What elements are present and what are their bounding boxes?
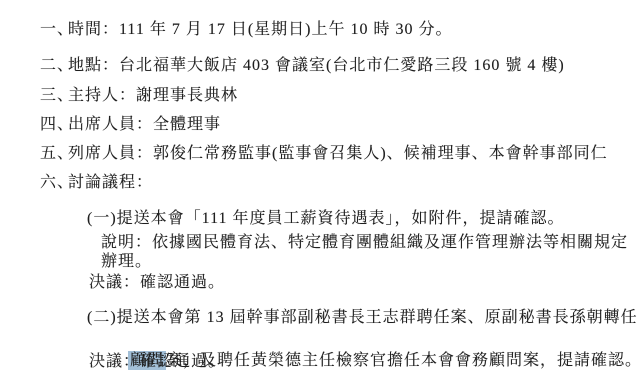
attendees-line: 四、 出席人員：全體理事 bbox=[40, 115, 640, 135]
meeting-location-line: 二、 地點：台北福華大飯店 403 會議室(台北市仁愛路三段 160 號 4 樓… bbox=[40, 56, 640, 76]
observers-text: 列席人員：郭俊仁常務監事(監事會召集人)、候補理事、本會幹事部同仁 bbox=[68, 144, 608, 164]
observers-line: 五、 列席人員：郭俊仁常務監事(監事會召集人)、候補理事、本會幹事部同仁 bbox=[40, 144, 640, 164]
meeting-chair-line: 三、 主持人：謝理事長典林 bbox=[40, 86, 640, 106]
agenda-item1-explanation-line: 說明：依據國民體育法、特定體育團體組織及運作管理辦法等相關規定 bbox=[101, 233, 628, 253]
attendees-text: 出席人員：全體理事 bbox=[68, 115, 221, 135]
meeting-chair-text: 主持人：謝理事長典林 bbox=[68, 86, 238, 106]
document-page: 一、 時間：111 年 7 月 17 日(星期日)上午 10 時 30 分。 二… bbox=[0, 0, 640, 385]
agenda-heading-text: 討論議程： bbox=[68, 173, 153, 193]
agenda-item1-proposal-line: (一)提送本會「111 年度員工薪資待遇表」，如附件，提請確認。 bbox=[87, 209, 564, 229]
agenda-item2-resolution-line: 決議：確認通過。 bbox=[89, 352, 225, 372]
agenda-item1-explanation-cont-line: 辦理。 bbox=[101, 252, 152, 272]
agenda-item2-continuation-text: 案，及聘任黃榮德主任檢察官擔任本會會務顧問案，提請確認。 bbox=[166, 352, 640, 369]
meeting-location-text: 地點：台北福華大飯店 403 會議室(台北市仁愛路三段 160 號 4 樓) bbox=[68, 56, 565, 76]
agenda-heading-line: 六、 討論議程： bbox=[40, 173, 640, 193]
agenda-item1-resolution-line: 決議：確認通過。 bbox=[89, 273, 225, 293]
meeting-time-line: 一、 時間：111 年 7 月 17 日(星期日)上午 10 時 30 分。 bbox=[40, 20, 640, 40]
agenda-item2-proposal-line: (二)提送本會第 13 屆幹事部副秘書長王志群聘任案、原副秘書長孫朝轉任 bbox=[87, 308, 638, 328]
meeting-time-text: 時間：111 年 7 月 17 日(星期日)上午 10 時 30 分。 bbox=[68, 20, 452, 40]
